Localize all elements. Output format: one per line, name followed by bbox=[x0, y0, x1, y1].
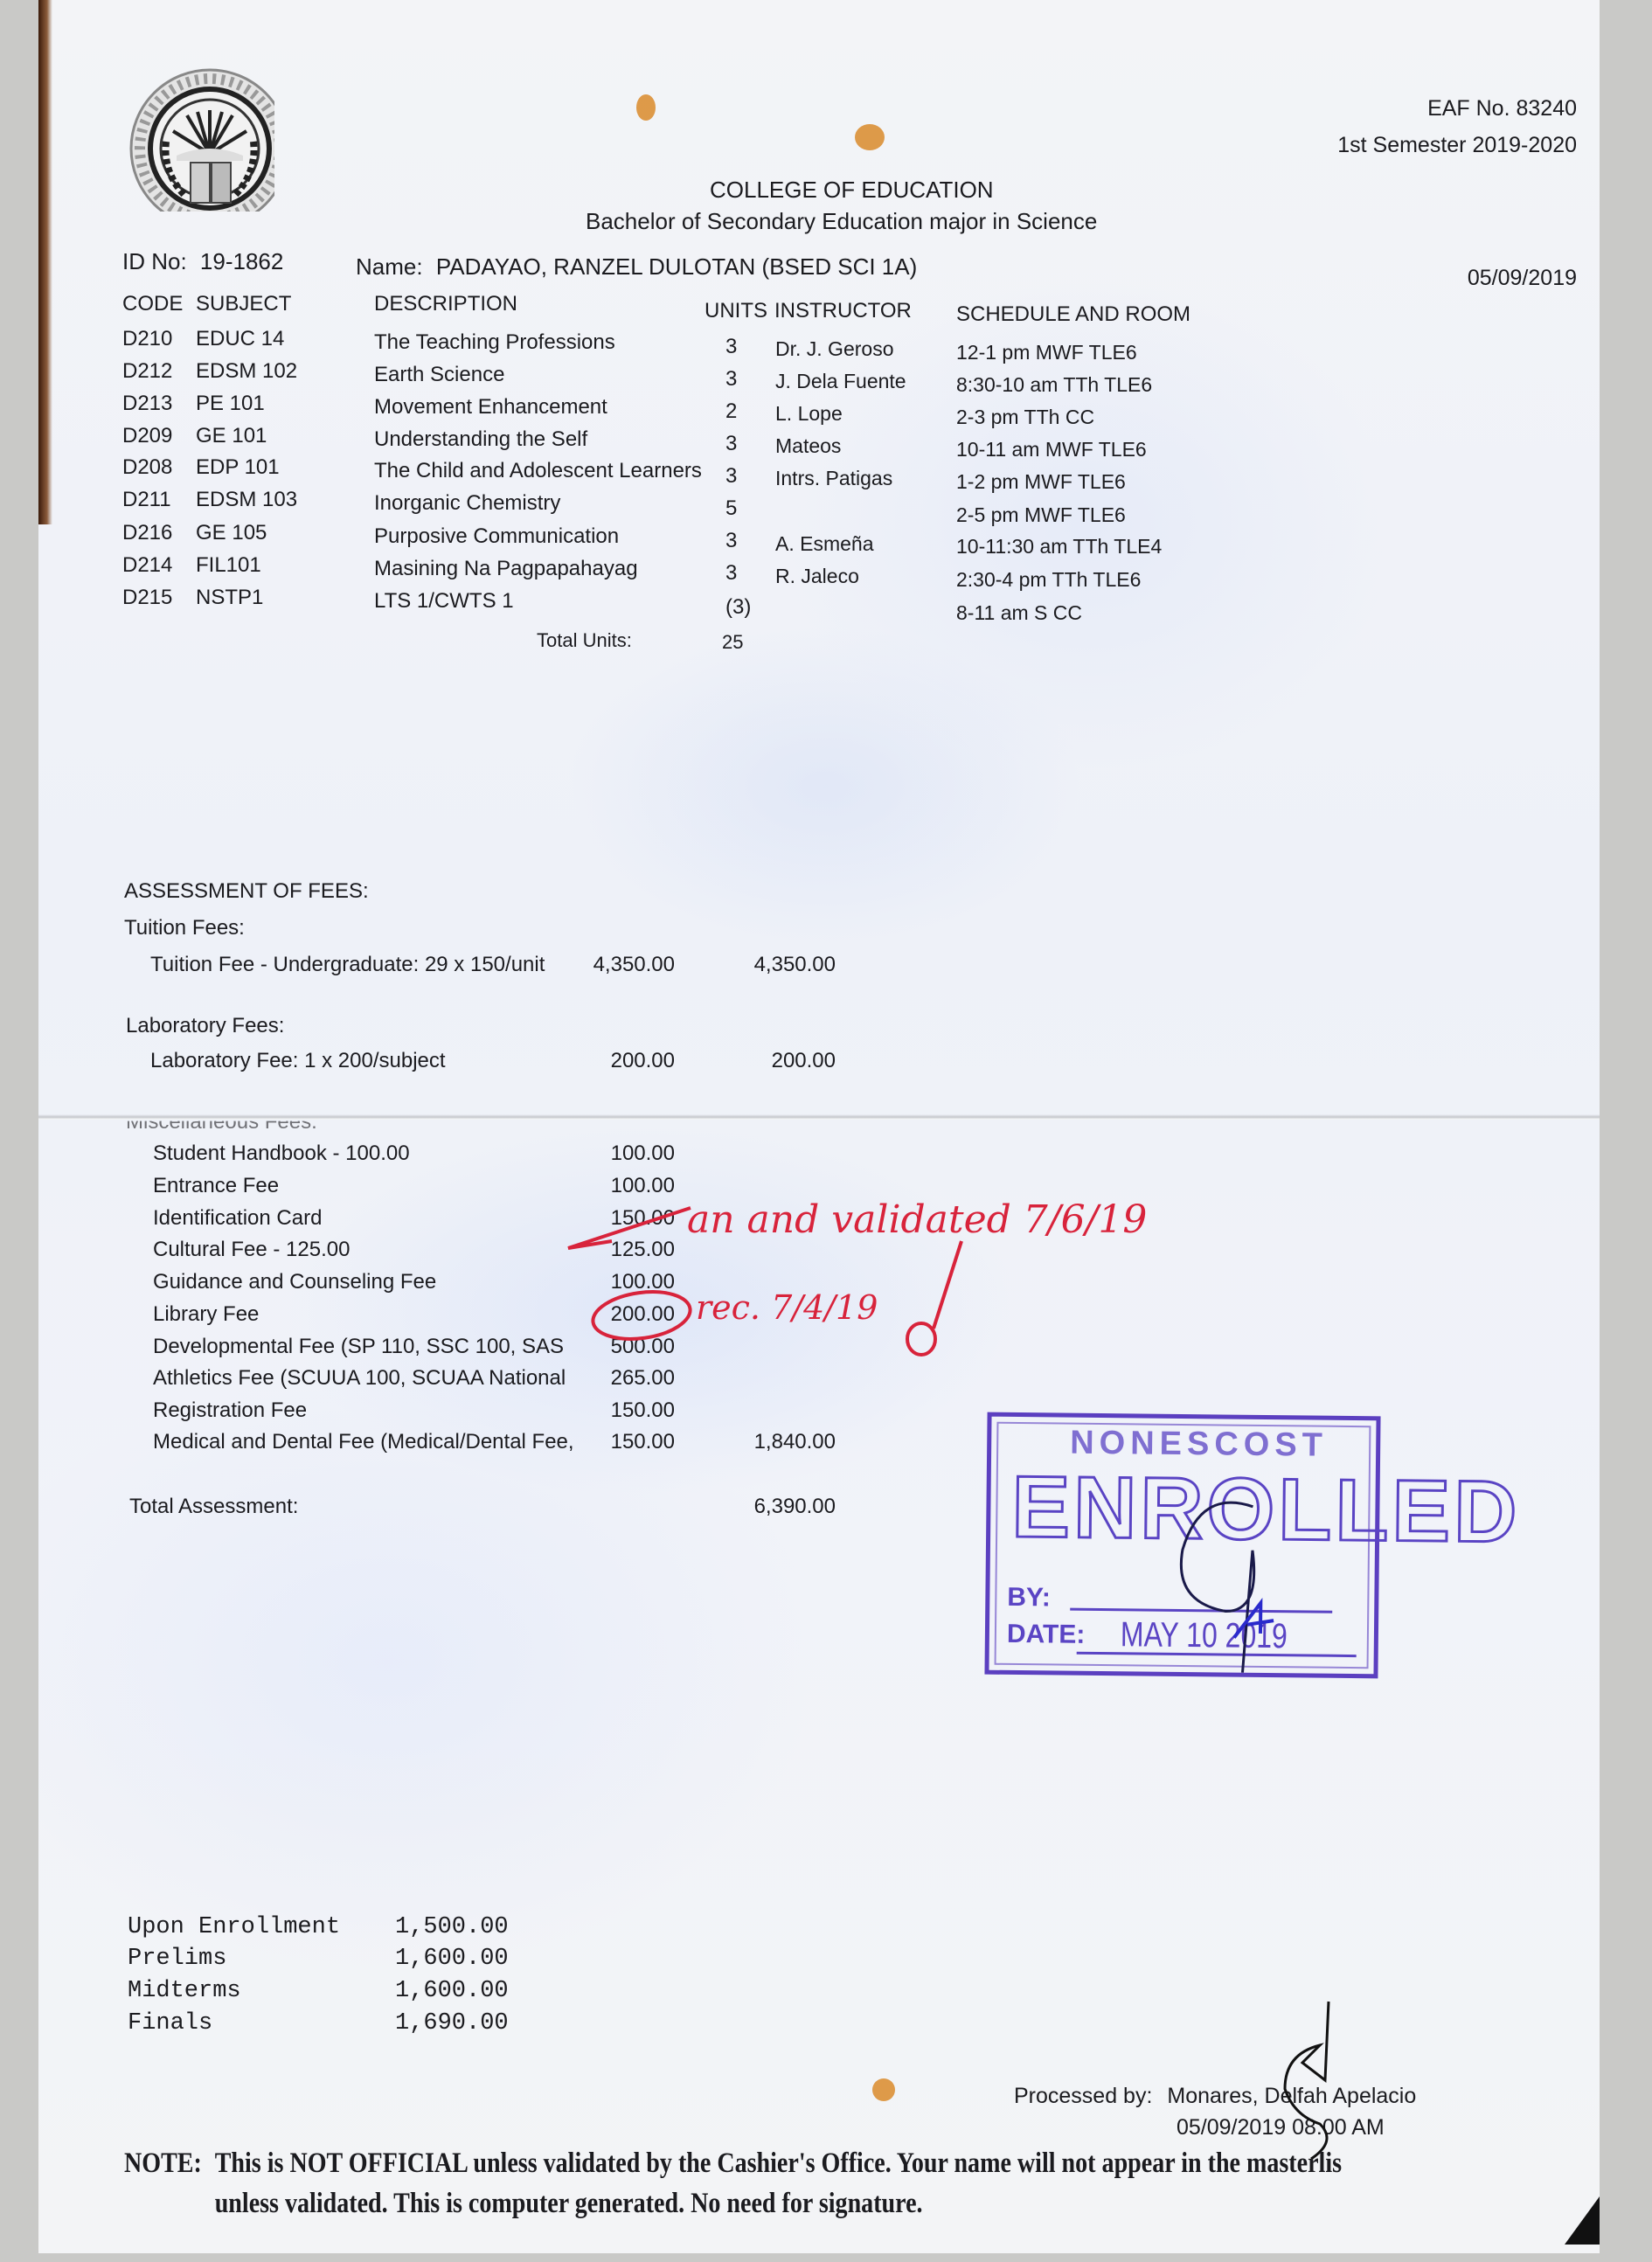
fee-label: Laboratory Fee: 1 x 200/subject bbox=[150, 1049, 446, 1073]
student-name: Name: PADAYAO, RANZEL DULOTAN (BSED SCI … bbox=[356, 253, 917, 281]
stain bbox=[872, 2078, 895, 2101]
student-id-label: ID No: bbox=[122, 248, 187, 274]
misc-fee-row: Student Handbook - 100.00100.00 bbox=[0, 1141, 1652, 1171]
total-units-value: 25 bbox=[722, 631, 743, 654]
subject-subject: FIL101 bbox=[196, 553, 261, 578]
fee-amount: 125.00 bbox=[542, 1238, 675, 1262]
fee-label: Entrance Fee bbox=[153, 1174, 279, 1198]
fee-label: Library Fee bbox=[153, 1302, 259, 1327]
subject-subject: EDP 101 bbox=[196, 455, 280, 480]
misc-fee-row: Athletics Fee (SCUUA 100, SCUAA National… bbox=[0, 1366, 1652, 1396]
subject-schedule: 2-3 pm TTh CC bbox=[956, 406, 1094, 429]
subject-subject: GE 101 bbox=[196, 424, 267, 448]
tuition-fees-label: Tuition Fees: bbox=[124, 916, 245, 940]
fee-amount: 500.00 bbox=[542, 1335, 675, 1359]
subject-units: 3 bbox=[725, 529, 737, 553]
student-name-value: PADAYAO, RANZEL DULOTAN (BSED SCI 1A) bbox=[436, 253, 917, 280]
fee-subtotal: 200.00 bbox=[699, 1049, 836, 1073]
subject-units: (3) bbox=[725, 595, 751, 620]
semester: 1st Semester 2019-2020 bbox=[1337, 133, 1577, 158]
subject-instructor: R. Jaleco bbox=[775, 565, 859, 588]
student-id-value: 19-1862 bbox=[200, 248, 283, 274]
header-subject: SUBJECT bbox=[196, 292, 291, 316]
student-id: ID No: 19-1862 bbox=[122, 248, 283, 275]
header-schedule: SCHEDULE AND ROOM bbox=[956, 302, 1190, 327]
fee-amount: 265.00 bbox=[542, 1366, 675, 1391]
subject-schedule: 2-5 pm MWF TLE6 bbox=[956, 503, 1126, 527]
laboratory-fees-label: Laboratory Fees: bbox=[126, 1014, 284, 1038]
print-date: 05/09/2019 bbox=[1468, 266, 1577, 291]
fee-label: Cultural Fee - 125.00 bbox=[153, 1238, 350, 1262]
stamp-signature bbox=[1128, 1470, 1305, 1673]
school-seal-logo bbox=[124, 58, 280, 212]
subject-instructor: A. Esmeña bbox=[775, 532, 874, 556]
subject-code: D213 bbox=[122, 392, 172, 416]
subject-subject: EDUC 14 bbox=[196, 327, 284, 351]
payment-amount: 1,600.00 bbox=[395, 1946, 509, 1972]
subject-schedule: 10-11:30 am TTh TLE4 bbox=[956, 535, 1162, 559]
subject-instructor: Intrs. Patigas bbox=[775, 467, 892, 490]
header-units: UNITS bbox=[705, 299, 767, 323]
subject-description: Earth Science bbox=[374, 363, 504, 387]
fee-row: Tuition Fee - Undergraduate: 29 x 150/un… bbox=[0, 953, 1652, 982]
payment-row: Prelims1,600.00 bbox=[128, 1946, 509, 1972]
assessment-title: ASSESSMENT OF FEES: bbox=[124, 879, 369, 904]
subject-description: Understanding the Self bbox=[374, 427, 587, 452]
fee-amount: 200.00 bbox=[542, 1049, 675, 1073]
subject-schedule: 8-11 am S CC bbox=[956, 601, 1082, 625]
subject-subject: GE 105 bbox=[196, 521, 267, 545]
subject-code: D214 bbox=[122, 553, 172, 578]
subject-units: 3 bbox=[725, 335, 737, 359]
note-label: NOTE: bbox=[124, 2143, 215, 2183]
header-instructor: INSTRUCTOR bbox=[774, 299, 912, 323]
subject-units: 5 bbox=[725, 496, 737, 521]
subject-instructor: L. Lope bbox=[775, 402, 843, 426]
misc-fee-row: Developmental Fee (SP 110, SSC 100, SAS5… bbox=[0, 1335, 1652, 1364]
total-assessment-value: 6,390.00 bbox=[699, 1495, 836, 1519]
total-assessment-label: Total Assessment: bbox=[129, 1495, 298, 1519]
payment-row: Midterms1,600.00 bbox=[128, 1978, 509, 2004]
subject-schedule: 12-1 pm MWF TLE6 bbox=[956, 341, 1137, 364]
fee-amount: 150.00 bbox=[542, 1206, 675, 1231]
subject-description: Inorganic Chemistry bbox=[374, 491, 560, 516]
subject-subject: NSTP1 bbox=[196, 586, 263, 610]
payment-term: Midterms bbox=[128, 1978, 395, 2004]
subject-instructor: Mateos bbox=[775, 434, 841, 458]
fee-label: Athletics Fee (SCUUA 100, SCUAA National bbox=[153, 1366, 566, 1391]
subject-subject: PE 101 bbox=[196, 392, 265, 416]
stain bbox=[855, 124, 885, 150]
misc-subtotal-row: 1,840.00 bbox=[0, 1430, 1652, 1460]
payment-term: Finals bbox=[128, 2010, 395, 2036]
subject-units: 3 bbox=[725, 561, 737, 586]
subject-description: Purposive Communication bbox=[374, 524, 619, 549]
misc-fee-row: Cultural Fee - 125.00125.00 bbox=[0, 1238, 1652, 1267]
fee-label: Guidance and Counseling Fee bbox=[153, 1270, 436, 1294]
paper-edge-shadow bbox=[38, 0, 52, 524]
payment-amount: 1,500.00 bbox=[395, 1914, 509, 1940]
fee-label: Identification Card bbox=[153, 1206, 322, 1231]
header-description: DESCRIPTION bbox=[374, 292, 517, 316]
paper-corner bbox=[1565, 2196, 1600, 2245]
fee-label: Developmental Fee (SP 110, SSC 100, SAS bbox=[153, 1335, 564, 1359]
fee-amount: 100.00 bbox=[542, 1174, 675, 1198]
subject-schedule: 2:30-4 pm TTh TLE6 bbox=[956, 568, 1141, 592]
payment-row: Upon Enrollment1,500.00 bbox=[128, 1914, 509, 1940]
subject-subject: EDSM 103 bbox=[196, 488, 297, 512]
college-name: COLLEGE OF EDUCATION bbox=[710, 177, 994, 204]
fee-label: Tuition Fee - Undergraduate: 29 x 150/un… bbox=[150, 953, 545, 977]
fee-amount: 200.00 bbox=[542, 1302, 675, 1327]
subject-schedule: 10-11 am MWF TLE6 bbox=[956, 438, 1147, 461]
total-units-label: Total Units: bbox=[537, 629, 632, 652]
misc-fee-row: Registration Fee150.00 bbox=[0, 1398, 1652, 1428]
misc-subtotal: 1,840.00 bbox=[699, 1430, 836, 1454]
subject-schedule: 1-2 pm MWF TLE6 bbox=[956, 470, 1126, 494]
enrolled-stamp: NONESCOST ENROLLED BY: DATE: MAY 10 2019 bbox=[984, 1412, 1380, 1679]
payment-amount: 1,600.00 bbox=[395, 1978, 509, 2004]
subject-code: D211 bbox=[122, 488, 171, 512]
subject-units: 3 bbox=[725, 432, 737, 456]
subject-code: D209 bbox=[122, 424, 172, 448]
subject-description: LTS 1/CWTS 1 bbox=[374, 589, 514, 614]
subject-units: 2 bbox=[725, 399, 737, 424]
subject-description: Movement Enhancement bbox=[374, 395, 607, 420]
fee-subtotal: 4,350.00 bbox=[699, 953, 836, 977]
payment-term: Prelims bbox=[128, 1946, 395, 1972]
stain bbox=[636, 94, 656, 121]
stamp-by-label: BY: bbox=[1007, 1583, 1051, 1613]
fee-amount: 100.00 bbox=[542, 1141, 675, 1166]
header-code: CODE bbox=[122, 292, 183, 316]
handwritten-validation-note: an and validated 7/6/19 bbox=[687, 1197, 1147, 1242]
subject-code: D212 bbox=[122, 359, 172, 384]
note-line-1: This is NOT OFFICIAL unless validated by… bbox=[215, 2148, 1342, 2179]
paper-fold-line bbox=[38, 1114, 1600, 1120]
subject-schedule: 8:30-10 am TTh TLE6 bbox=[956, 373, 1152, 397]
student-name-label: Name: bbox=[356, 253, 423, 280]
fee-amount: 100.00 bbox=[542, 1270, 675, 1294]
payment-term: Upon Enrollment bbox=[128, 1914, 395, 1940]
fee-amount: 4,350.00 bbox=[542, 953, 675, 977]
subject-instructor: J. Dela Fuente bbox=[775, 370, 906, 393]
processor-signature bbox=[1267, 1993, 1364, 2159]
payment-amount: 1,690.00 bbox=[395, 2010, 509, 2036]
note-line-2: unless validated. This is computer gener… bbox=[124, 2183, 1342, 2224]
subject-description: The Child and Adolescent Learners bbox=[374, 459, 702, 483]
fee-amount: 150.00 bbox=[542, 1398, 675, 1423]
stamp-date-label: DATE: bbox=[1007, 1620, 1086, 1650]
fee-label: Registration Fee bbox=[153, 1398, 307, 1423]
subject-code: D208 bbox=[122, 455, 172, 480]
payment-row: Finals1,690.00 bbox=[128, 2010, 509, 2036]
subject-code: D215 bbox=[122, 586, 172, 610]
eaf-number: EAF No. 83240 bbox=[1427, 96, 1577, 121]
program-name: Bachelor of Secondary Education major in… bbox=[586, 208, 1097, 235]
subject-instructor: Dr. J. Geroso bbox=[775, 337, 893, 361]
subject-code: D210 bbox=[122, 327, 172, 351]
subject-units: 3 bbox=[725, 367, 737, 392]
subject-description: Masining Na Pagpapahayag bbox=[374, 557, 638, 581]
disclaimer-note: NOTE:This is NOT OFFICIAL unless validat… bbox=[124, 2143, 1342, 2224]
subject-description: The Teaching Professions bbox=[374, 330, 615, 355]
processed-by-label: Processed by: bbox=[1014, 2084, 1152, 2108]
handwritten-received-note: rec. 7/4/19 bbox=[696, 1288, 878, 1327]
subject-subject: EDSM 102 bbox=[196, 359, 297, 384]
fee-label: Student Handbook - 100.00 bbox=[153, 1141, 410, 1166]
fee-row: Laboratory Fee: 1 x 200/subject 200.00 2… bbox=[0, 1049, 1652, 1079]
subject-units: 3 bbox=[725, 464, 737, 489]
subject-code: D216 bbox=[122, 521, 172, 545]
